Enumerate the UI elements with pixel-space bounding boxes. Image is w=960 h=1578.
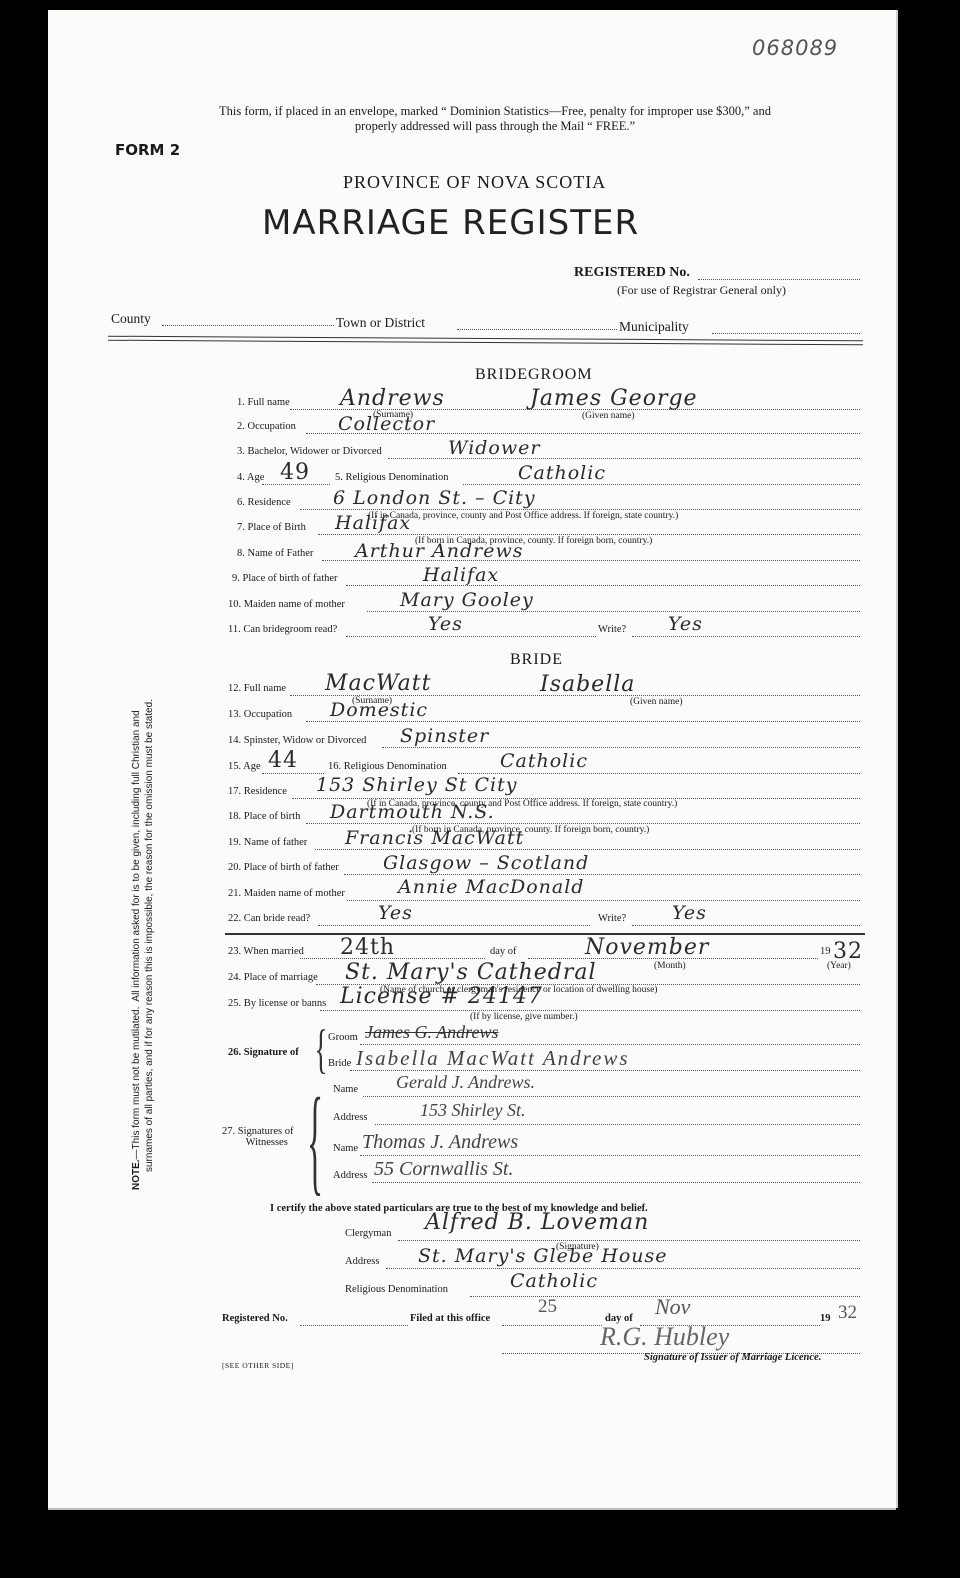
filing-year-prefix: 19 [820, 1313, 831, 1324]
groom-residence-value: 6 London St. – City [333, 487, 536, 509]
side-note-line-1: NOTE.NOTE.—This form must not be mutilat… [130, 699, 143, 1190]
witness-2-name-value: Thomas J. Andrews [362, 1131, 518, 1154]
serial-number: 068089 [752, 36, 838, 60]
groom-birthplace-value: Halifax [335, 512, 411, 534]
groom-religion-label: 5. Religious Denomination [335, 472, 448, 483]
groom-birthplace-label: 7. Place of Birth [237, 522, 306, 533]
postal-notice-line-2: properly addressed will pass through the… [150, 119, 840, 134]
clergyman-signature-value: Alfred B. Loveman [425, 1210, 649, 1235]
place-of-marriage-value: St. Mary's Cathedral [345, 960, 597, 985]
filing-month-value: Nov [655, 1294, 690, 1320]
bride-residence-value: 153 Shirley St City [316, 774, 518, 796]
clergyman-religion-label: Religious Denomination [345, 1284, 448, 1295]
groom-read-value: Yes [428, 613, 463, 635]
filing-day-value: 25 [538, 1296, 557, 1318]
groom-signature-label: Groom [328, 1032, 358, 1043]
bride-age-field[interactable] [262, 773, 324, 774]
marriage-day-value: 24th [340, 935, 395, 960]
postal-notice: This form, if placed in an envelope, mar… [150, 104, 840, 134]
bride-status-value: Spinster [400, 725, 489, 747]
issuer-signature-value: R.G. Hubley [600, 1322, 729, 1352]
groom-religion-field[interactable] [463, 484, 860, 485]
bride-section-divider [225, 933, 865, 935]
groom-residence-caption: (If in Canada, province, county and Post… [368, 511, 678, 521]
bride-mother-field[interactable] [347, 900, 860, 901]
clergyman-address-label: Address [345, 1256, 379, 1267]
groom-father-value: Arthur Andrews [355, 540, 524, 562]
witness-2-name-field[interactable] [360, 1155, 860, 1156]
filing-year-value: 32 [838, 1302, 857, 1324]
place-of-marriage-label: 24. Place of marriage [228, 972, 318, 983]
groom-surname-value: Andrews [340, 386, 445, 411]
bride-occupation-label: 13. Occupation [228, 709, 292, 720]
bride-signature-value: Isabella MacWatt Andrews [356, 1046, 630, 1071]
bride-age-label: 15. Age [228, 761, 261, 772]
bride-father-field[interactable] [315, 849, 860, 850]
groom-write-label: Write? [598, 624, 626, 635]
groom-write-field[interactable] [632, 636, 860, 637]
marriage-month-value: November [585, 935, 709, 960]
bride-given-name-value: Isabella [540, 672, 635, 697]
bride-occupation-field[interactable] [306, 721, 860, 722]
bride-birthplace-label: 18. Place of birth [228, 811, 300, 822]
county-label: County [111, 311, 151, 327]
witness-1-name-field[interactable] [363, 1096, 860, 1097]
bride-write-value: Yes [672, 902, 707, 924]
form-label: FORM 2 [115, 141, 180, 159]
groom-occupation-label: 2. Occupation [237, 421, 296, 432]
witness-1-name-value: Gerald J. Andrews. [396, 1072, 535, 1093]
filing-registered-no-field[interactable] [300, 1325, 408, 1326]
groom-full-name-label: 1. Full name [237, 397, 290, 408]
bride-religion-label: 16. Religious Denomination [328, 761, 447, 772]
bride-write-label: Write? [598, 913, 626, 924]
filing-registered-no-label: Registered No. [222, 1313, 288, 1324]
clergyman-religion-value: Catholic [510, 1270, 598, 1292]
witness-1-address-value: 153 Shirley St. [420, 1100, 526, 1121]
bride-father-value: Francis MacWatt [345, 827, 524, 849]
license-caption: (If by license, give number.) [470, 1012, 578, 1022]
witness-1-address-label: Address [333, 1112, 367, 1123]
filed-at-office-label: Filed at this office [410, 1313, 490, 1324]
side-note: NOTE.NOTE.—This form must not be mutilat… [130, 699, 156, 1190]
witness-2-address-field[interactable] [372, 1182, 860, 1183]
witness-2-address-label: Address [333, 1170, 367, 1181]
clergyman-label: Clergyman [345, 1228, 391, 1239]
bridegroom-heading: BRIDEGROOM [475, 366, 593, 384]
bride-mother-label: 21. Maiden name of mother [228, 888, 345, 899]
bride-read-field[interactable] [318, 925, 590, 926]
month-caption: (Month) [654, 961, 686, 971]
when-married-label: 23. When married [228, 946, 304, 957]
bride-read-label: 22. Can bride read? [228, 913, 310, 924]
witnesses-brace: { [307, 1080, 323, 1200]
bride-mother-value: Annie MacDonald [398, 876, 584, 898]
groom-given-name-value: James George [530, 386, 698, 411]
registered-no-note: (For use of Registrar General only) [617, 283, 786, 298]
license-label: 25. By license or banns [228, 998, 326, 1009]
town-label: Town or District [336, 315, 425, 331]
bride-occupation-value: Domestic [330, 699, 428, 721]
groom-residence-field[interactable] [300, 509, 860, 510]
witnesses-label-line-1: 27. Signatures of [222, 1126, 293, 1137]
bride-given-caption: (Given name) [630, 697, 683, 707]
witnesses-label-line-2: Witnesses [222, 1137, 293, 1148]
clergyman-address-field[interactable] [386, 1268, 860, 1269]
groom-mother-field[interactable] [367, 611, 860, 612]
witness-2-address-value: 55 Cornwallis St. [374, 1158, 513, 1181]
registered-no-field[interactable] [698, 279, 860, 280]
bride-religion-field[interactable] [458, 773, 860, 774]
bride-father-birthplace-field[interactable] [344, 874, 860, 875]
bride-father-birthplace-label: 20. Place of birth of father [228, 862, 339, 873]
witness-2-name-label: Name [333, 1143, 358, 1154]
bride-heading: BRIDE [510, 651, 563, 669]
groom-signature-field[interactable] [360, 1044, 860, 1045]
bride-status-label: 14. Spinster, Widow or Divorced [228, 735, 366, 746]
bride-age-value: 44 [268, 748, 298, 773]
province-heading: PROVINCE OF NOVA SCOTIA [343, 172, 606, 193]
groom-religion-value: Catholic [518, 462, 606, 484]
bride-status-field[interactable] [382, 747, 860, 748]
bride-signature-label: Bride [328, 1058, 351, 1069]
groom-mother-label: 10. Maiden name of mother [228, 599, 345, 610]
bride-father-birthplace-value: Glasgow – Scotland [383, 852, 589, 874]
town-field[interactable] [457, 329, 617, 330]
signature-brace: { [314, 1022, 327, 1076]
signature-of-label: 26. Signature of [228, 1047, 299, 1058]
bride-residence-label: 17. Residence [228, 786, 287, 797]
postal-notice-line-1: This form, if placed in an envelope, mar… [150, 104, 840, 119]
municipality-label: Municipality [619, 319, 689, 335]
filing-day-field[interactable] [502, 1325, 602, 1326]
license-value: License # 24147 [340, 984, 543, 1009]
bride-surname-value: MacWatt [325, 671, 431, 696]
bride-write-field[interactable] [632, 925, 860, 926]
clergyman-signature-field[interactable] [398, 1240, 860, 1241]
see-other-side-note: [SEE OTHER SIDE] [222, 1361, 294, 1370]
clergyman-address-value: St. Mary's Glebe House [418, 1245, 668, 1267]
year-prefix: 19 [820, 946, 831, 957]
witnesses-label: 27. Signatures of Witnesses [222, 1126, 293, 1148]
groom-age-value: 49 [280, 460, 310, 485]
side-note-line-2: surnames of all parties, and if for any … [143, 699, 156, 1190]
witness-1-name-label: Name [333, 1084, 358, 1095]
bride-full-name-label: 12. Full name [228, 683, 286, 694]
day-of-label: day of [490, 946, 517, 957]
witness-1-address-field[interactable] [375, 1124, 860, 1125]
groom-read-field[interactable] [346, 636, 596, 637]
groom-father-birthplace-label: 9. Place of birth of father [232, 573, 338, 584]
bride-religion-value: Catholic [500, 750, 588, 772]
groom-read-label: 11. Can bridegroom read? [228, 624, 337, 635]
year-caption: (Year) [827, 961, 851, 971]
municipality-field[interactable] [712, 333, 860, 334]
bride-father-label: 19. Name of father [228, 837, 307, 848]
page-title: MARRIAGE REGISTER [262, 203, 639, 243]
groom-given-caption: (Given name) [582, 411, 635, 421]
bride-read-value: Yes [378, 902, 413, 924]
groom-residence-label: 6. Residence [237, 497, 291, 508]
bride-birthplace-value: Dartmouth N.S. [330, 801, 495, 823]
bride-birthplace-field[interactable] [306, 823, 860, 824]
groom-birthplace-field[interactable] [318, 534, 860, 535]
groom-write-value: Yes [668, 613, 703, 635]
groom-age-label: 4. Age [237, 472, 264, 483]
groom-mother-value: Mary Gooley [400, 589, 534, 611]
groom-father-birthplace-value: Halifax [423, 564, 499, 586]
groom-status-value: Widower [448, 437, 540, 459]
issuer-signature-caption: Signature of Issuer of Marriage Licence. [644, 1352, 821, 1363]
groom-occupation-value: Collector [338, 413, 435, 435]
groom-father-label: 8. Name of Father [237, 548, 313, 559]
county-field[interactable] [162, 325, 334, 326]
license-field[interactable] [320, 1010, 860, 1011]
registered-no-label: REGISTERED No. [574, 265, 690, 281]
groom-signature-value: James G. Andrews [365, 1022, 499, 1043]
groom-status-label: 3. Bachelor, Widower or Divorced [237, 446, 382, 457]
